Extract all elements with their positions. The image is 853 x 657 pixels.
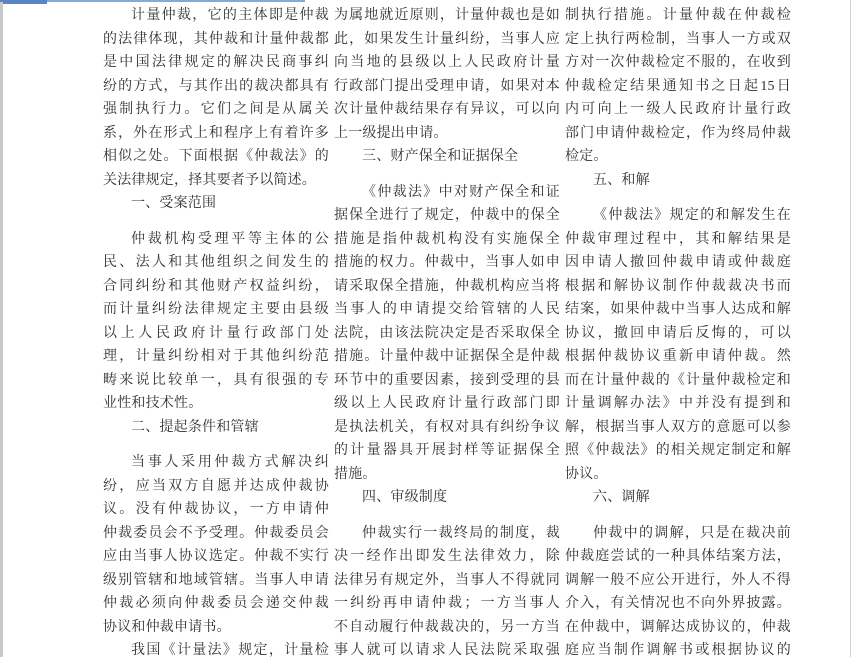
text-line: 关法律规定，择其要者予以简述。 <box>103 169 329 193</box>
text-line: 民、法人和其他组织之间发生的 <box>103 251 329 275</box>
text-line: 仲裁审理过程中，其和解结果是 <box>565 228 791 252</box>
text-line: 应由当事人协议选定。仲裁不实行 <box>103 545 329 569</box>
text-line: 此，如果发生计量纠纷，当事人应 <box>334 28 560 52</box>
text-line: 根据和解协议制作仲裁裁决书而 <box>565 275 791 299</box>
text-line: 相似之处。下面根据《仲裁法》的有 <box>103 145 329 169</box>
text-line: 级别管辖和地域管辖。当事人申请 <box>103 569 329 593</box>
text-line: 计量仲裁，它的主体即是仲裁 <box>103 4 329 28</box>
text-line: 纷的方式，与其作出的裁决都具有 <box>103 75 329 99</box>
text-line: 协议和仲裁申请书。 <box>103 616 329 640</box>
text-line: 当事人的申请提交给管辖的人民 <box>334 298 560 322</box>
text-line: 请采取保全措施，仲裁机构应当将 <box>334 275 560 299</box>
text-line: 行政部门提出受理申请，如果对本 <box>334 75 560 99</box>
text-line: 是中国法律规定的解决民商事纠 <box>103 51 329 75</box>
text-line: 业性和技术性。 <box>103 392 329 416</box>
text-line: 措施。 <box>334 463 560 487</box>
text-column-right: 制执行措施。计量仲裁在仲裁检定上执行两检制，当事人一方或双方对一次仲裁检定不服的… <box>565 4 791 657</box>
top-accent-bar <box>0 0 47 4</box>
section-heading: 三、财产保全和证据保全 <box>334 145 560 169</box>
section-heading: 五、和解 <box>565 169 791 193</box>
section-heading: 六、调解 <box>565 486 791 510</box>
text-line: 调解一般不应公开进行，外人不得 <box>565 569 791 593</box>
text-line: 纷，应当双方自愿并达成仲裁协 <box>103 475 329 499</box>
text-line: 一纠纷再申请仲裁；一方当事人 <box>334 592 560 616</box>
text-line: 在仲裁中，调解达成协议的，仲裁 <box>565 616 791 640</box>
text-line: 措施是指仲裁机构没有实施保全 <box>334 228 560 252</box>
text-line: 协议，撤回申请后反悔的，可以 <box>565 322 791 346</box>
text-line: 为属地就近原则，计量仲裁也是如 <box>334 4 560 28</box>
text-line: 照《仲裁法》的相关规定制定和解 <box>565 439 791 463</box>
text-line: 议。没有仲裁协议，一方申请仲裁， <box>103 498 329 522</box>
text-column-middle: 为属地就近原则，计量仲裁也是如此，如果发生计量纠纷，当事人应向当地的县级以上人民… <box>334 4 560 657</box>
text-line: 理，计量纠纷相对于其他纠纷范 <box>103 345 329 369</box>
text-line: 内可向上一级人民政府计量行政 <box>565 98 791 122</box>
section-heading: 二、提起条件和管辖 <box>103 416 329 440</box>
text-line: 的计量器具开展封样等证据保全 <box>334 439 560 463</box>
text-line: 结案，如果仲裁中当事人达成和解 <box>565 298 791 322</box>
text-line: 方对一次仲裁检定不服的，在收到 <box>565 51 791 75</box>
text-line: 仲裁中的调解，只是在裁决前 <box>565 522 791 546</box>
document-page: { "page": { "background": "#ffffff", "te… <box>0 0 853 657</box>
text-column-left: 计量仲裁，它的主体即是仲裁的法律体现，其仲裁和计量仲裁都是中国法律规定的解决民商… <box>103 4 329 657</box>
text-line: 法律另有规定外，当事人不得就同 <box>334 569 560 593</box>
text-line: 畴来说比较单一，具有很强的专 <box>103 369 329 393</box>
text-line: 以上人民政府计量行政部门处 <box>103 322 329 346</box>
text-line: 而在计量仲裁的《计量仲裁检定和 <box>565 369 791 393</box>
text-line: 而计量纠纷法律规定主要由县级 <box>103 298 329 322</box>
text-line: 级以上人民政府计量行政部门即 <box>334 392 560 416</box>
text-line: 我国《计量法》规定，计量检定 <box>103 639 329 657</box>
text-line: 是执法机关，有权对具有纠纷争议 <box>334 416 560 440</box>
text-line: 制执行措施。计量仲裁在仲裁检 <box>565 4 791 28</box>
text-line: 解，根据当事人双方的意愿可以参 <box>565 416 791 440</box>
text-line: 事人就可以请求人民法院采取强 <box>334 639 560 657</box>
page-edge-strip <box>0 2 3 657</box>
text-line: 强制执行力。它们之间是从属关 <box>103 98 329 122</box>
text-line: 介入，有关情况也不向外界披露。 <box>565 592 791 616</box>
text-line: 庭应当制作调解书或根据协议的 <box>565 639 791 657</box>
text-line: 据保全进行了规定，仲裁中的保全 <box>334 204 560 228</box>
section-heading: 一、受案范围 <box>103 192 329 216</box>
text-line: 根据仲裁协议重新申请仲裁。然 <box>565 345 791 369</box>
text-line: 因申请人撤回仲裁申请或仲裁庭 <box>565 251 791 275</box>
text-line: 合同纠纷和其他财产权益纠纷， <box>103 275 329 299</box>
text-line: 协议。 <box>565 463 791 487</box>
text-line: 上一级提出申请。 <box>334 122 560 146</box>
text-line: 措施。计量仲裁中证据保全是仲裁 <box>334 345 560 369</box>
right-border-line <box>850 0 851 657</box>
text-line: 仲裁委员会不予受理。仲裁委员会 <box>103 522 329 546</box>
text-line: 《仲裁法》中对财产保全和证 <box>334 181 560 205</box>
section-heading: 四、审级制度 <box>334 486 560 510</box>
text-line: 仲裁检定结果通知书之日起15日 <box>565 75 791 99</box>
text-line: 措施的权力。仲裁中，当事人如申 <box>334 251 560 275</box>
text-line: 部门申请仲裁检定，作为终局仲裁 <box>565 122 791 146</box>
text-line: 仲裁庭尝试的一种具体结案方法， <box>565 545 791 569</box>
text-line: 不自动履行仲裁裁决的，另一方当 <box>334 616 560 640</box>
text-line: 《仲裁法》规定的和解发生在 <box>565 204 791 228</box>
text-line: 检定。 <box>565 145 791 169</box>
text-line: 法院，由该法院决定是否采取保全 <box>334 322 560 346</box>
text-line: 环节中的重要因素，接到受理的县 <box>334 369 560 393</box>
text-line: 系，外在形式上和程序上有着许多 <box>103 122 329 146</box>
text-line: 定上执行两检制，当事人一方或双 <box>565 28 791 52</box>
text-line: 的法律体现，其仲裁和计量仲裁都 <box>103 28 329 52</box>
text-line: 仲裁必须向仲裁委员会递交仲裁 <box>103 592 329 616</box>
text-line: 仲裁实行一裁终局的制度，裁 <box>334 522 560 546</box>
text-line: 决一经作出即发生法律效力，除 <box>334 545 560 569</box>
text-line: 仲裁机构受理平等主体的公 <box>103 228 329 252</box>
text-line: 当事人采用仲裁方式解决纠 <box>103 451 329 475</box>
text-line: 次计量仲裁结果存有异议，可以向 <box>334 98 560 122</box>
text-line: 向当地的县级以上人民政府计量 <box>334 51 560 75</box>
text-line: 计量调解办法》中并没有提到和 <box>565 392 791 416</box>
